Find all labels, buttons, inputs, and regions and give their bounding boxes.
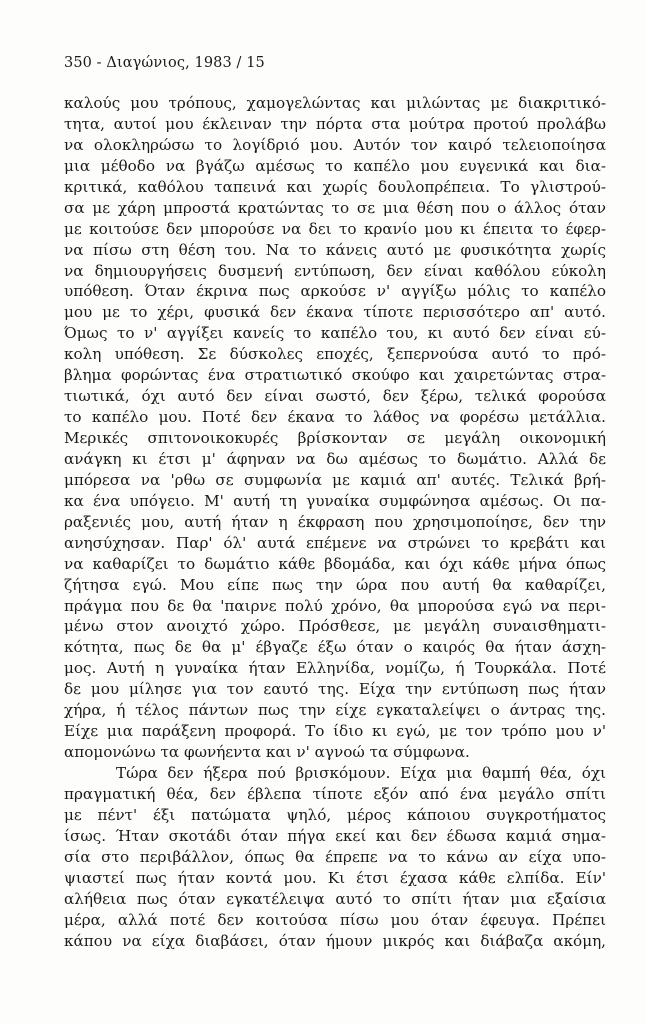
text-line: ανάγκη κι έτσι μ' άφηναν να δω αμέσως το… (64, 449, 606, 470)
text-line: μένω στον ανοιχτό χώρο. Πρόσθεσε, με μεγ… (64, 616, 606, 637)
text-line: υπόθεση. Όταν έκρινα πως αρκούσε ν' αγγί… (64, 281, 606, 302)
text-line: ανησύχησαν. Παρ' όλ' αυτά επέμενε να στρ… (64, 533, 606, 554)
text-line: Όμως το ν' αγγίξει κανείς το καπέλο του,… (64, 323, 606, 344)
text-line: κολη υπόθεση. Σε δύσκολες εποχές, ξεπερν… (64, 344, 606, 365)
text-line: ζήτησα εγώ. Μου είπε πως την ώρα που αυτ… (64, 575, 606, 596)
text-line: κριτικά, καθόλου ταπεινά και χωρίς δουλο… (64, 177, 606, 198)
text-line: Μερικές σπιτονοικοκυρές βρίσκονταν σε με… (64, 428, 606, 449)
text-line: σα με χάρη μπροστά κρατώντας το σε μια θ… (64, 198, 606, 219)
text-line: μέρα, αλλά ποτέ δεν κοιτούσα πίσω μου ότ… (64, 910, 606, 931)
text-line: μπόρεσα να 'ρθω σε συμφωνία με καμιά απ'… (64, 470, 606, 491)
text-line: πραγματική θέα, δεν έβλεπα τίποτε εξόν α… (64, 784, 606, 805)
paragraph: καλούς μου τρόπους, χαμογελώντας και μιλ… (64, 93, 606, 763)
paragraph: Τώρα δεν ήξερα πού βρισκόμουν. Είχα μια … (64, 763, 606, 951)
text-line: με κοιτούσε δεν μπορούσε να δει το κρανί… (64, 219, 606, 240)
text-line: να πίσω στη θέση του. Να το κάνεις αυτό … (64, 240, 606, 261)
text-line: μια μέθοδο να βγάζω αμέσως το καπέλο μου… (64, 156, 606, 177)
text-line: πράγμα που δε θα 'παιρνε πολύ χρόνο, θα … (64, 596, 606, 617)
text-line: να δημιουργήσεις δυσμενή εντύπωση, δεν ε… (64, 261, 606, 282)
text-line: βλημα φορώντας ένα στρατιωτικό σκούφο κα… (64, 365, 606, 386)
text-line: κα ένα υπόγειο. Μ' αυτή τη γυναίκα συμφώ… (64, 491, 606, 512)
text-line: τητα, αυτοί μου έκλειναν την πόρτα στα μ… (64, 114, 606, 135)
text-line: το καπέλο μου. Ποτέ δεν έκανα το λάθος ν… (64, 407, 606, 428)
text-line: σία στο περιβάλλον, όπως θα έπρεπε να το… (64, 847, 606, 868)
text-line: να ολοκληρώσω το λογίδριό μου. Αυτόν τον… (64, 135, 606, 156)
text-line: μου με το χέρι, φυσικά δεν έκανα τίποτε … (64, 302, 606, 323)
text-line: Τώρα δεν ήξερα πού βρισκόμουν. Είχα μια … (64, 763, 606, 784)
body-text: καλούς μου τρόπους, χαμογελώντας και μιλ… (64, 93, 606, 951)
text-line: τιωτικά, όχι αυτό δεν είναι σωστό, δεν ξ… (64, 386, 606, 407)
text-line: ραξενιές μου, αυτή ήταν η έκφραση που χρ… (64, 512, 606, 533)
text-line: Είχε μια παράξενη προφορά. Το ίδιο κι εγ… (64, 721, 606, 742)
text-line: ίσως. Ήταν σκοτάδι όταν πήγα εκεί και δε… (64, 826, 606, 847)
text-line: ψιαστεί πως ήταν κοντά μου. Κι έτσι έχασ… (64, 868, 606, 889)
text-line: αλήθεια πως όταν εγκατέλειψα αυτό το σπί… (64, 889, 606, 910)
scanned-book-page: 350 - Διαγώνιος, 1983 / 15 καλούς μου τρ… (0, 0, 645, 1024)
text-line: με πέντ' έξι πατώματα ψηλό, μέρος κάποιο… (64, 805, 606, 826)
text-line: δε μου μίλησε για τον εαυτό της. Είχα τη… (64, 679, 606, 700)
text-line: κάπου να είχα διαβάσει, όταν ήμουν μικρό… (64, 931, 606, 952)
text-line: χήρα, ή τέλος πάντων πως την είχε εγκατα… (64, 700, 606, 721)
running-header: 350 - Διαγώνιος, 1983 / 15 (64, 55, 265, 71)
text-line: να καθαρίζει το δωμάτιο κάθε βδομάδα, κα… (64, 554, 606, 575)
text-line: απομονώνω τα φωνήεντα και ν' αγνοώ τα σύ… (64, 742, 606, 763)
text-line: κότητα, πως δε θα μ' έβγαζε έξω όταν ο κ… (64, 637, 606, 658)
text-line: μος. Αυτή η γυναίκα ήταν Ελληνίδα, νομίζ… (64, 658, 606, 679)
text-line: καλούς μου τρόπους, χαμογελώντας και μιλ… (64, 93, 606, 114)
